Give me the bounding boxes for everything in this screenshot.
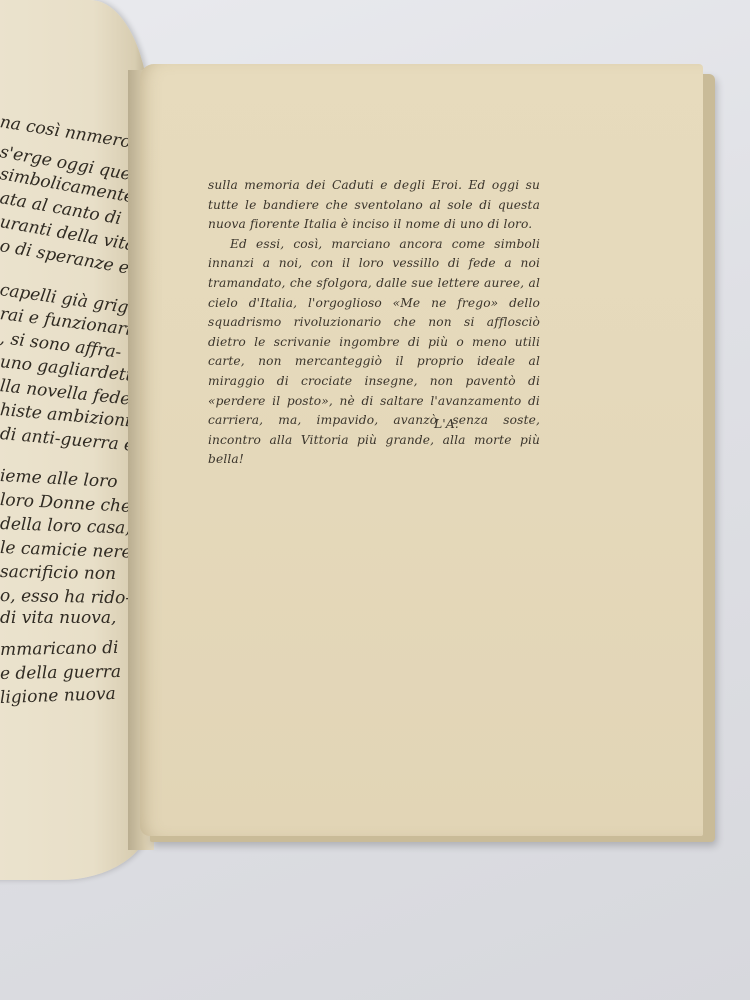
left-line: sacrificio non bbox=[0, 562, 116, 584]
page-body-text: sulla memoria dei Caduti e degli Eroi. E… bbox=[208, 176, 540, 470]
left-line: ligione nuova bbox=[0, 684, 116, 708]
left-line: di vita nuova, bbox=[0, 608, 116, 628]
left-line: loro Donne che bbox=[0, 490, 132, 517]
left-line: ieme alle loro bbox=[0, 466, 118, 492]
paragraph: sulla memoria dei Caduti e degli Eroi. E… bbox=[208, 176, 540, 235]
left-line: della loro casa, bbox=[0, 514, 131, 539]
left-line: le camicie nere bbox=[0, 538, 132, 563]
paragraph: Ed essi, così, marciano ancora come simb… bbox=[208, 235, 540, 470]
author-signature: L'A. bbox=[434, 416, 459, 431]
left-line: e della guerra bbox=[0, 662, 121, 684]
book-photo-scene: na così nnmerosa s'erge oggi questa simb… bbox=[0, 0, 750, 1000]
right-page: sulla memoria dei Caduti e degli Eroi. E… bbox=[140, 64, 703, 836]
left-line: mmaricano di bbox=[0, 638, 119, 660]
left-line: o, esso ha rido- bbox=[0, 586, 131, 608]
